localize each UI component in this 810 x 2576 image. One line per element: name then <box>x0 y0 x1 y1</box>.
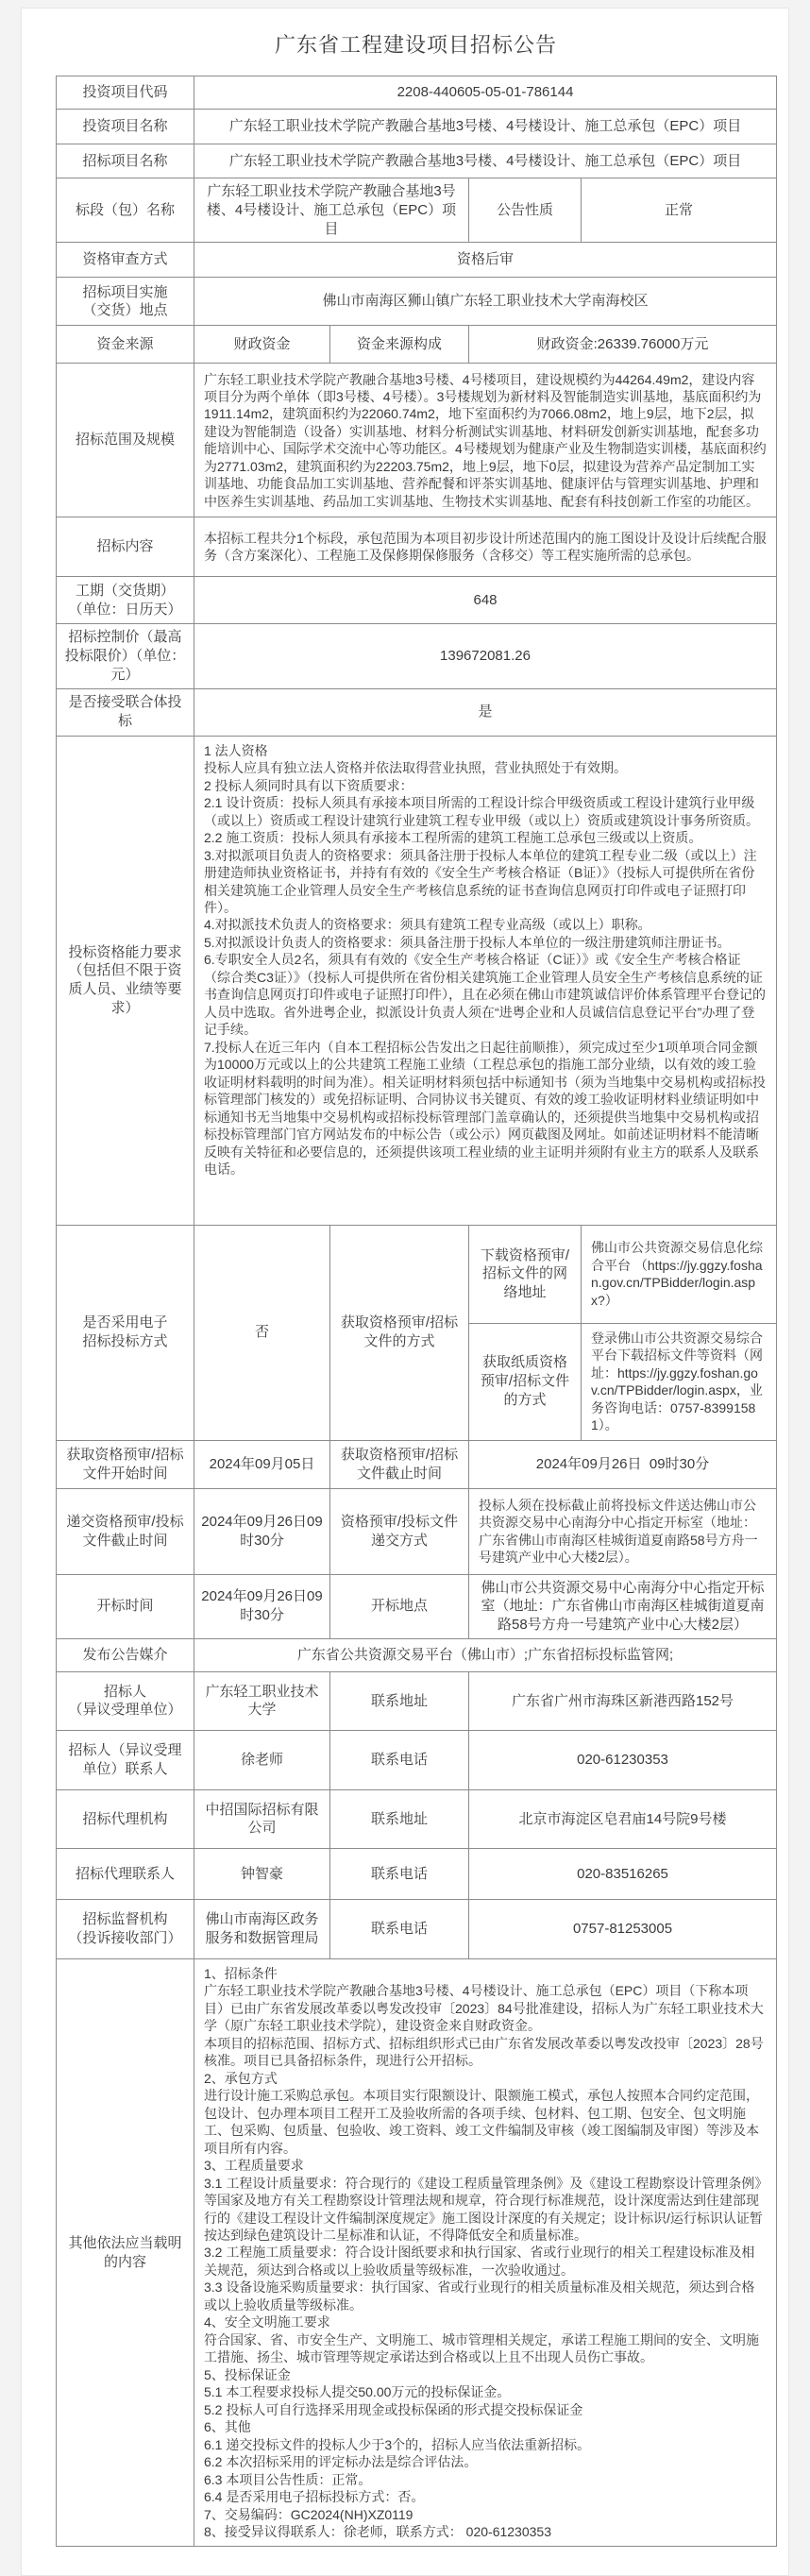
opening-time-value: 2024年09月26日09时30分 <box>194 1574 330 1638</box>
electronic-bid-value: 否 <box>194 1225 330 1440</box>
qualification-review-label: 资格审查方式 <box>57 243 194 278</box>
control-price-value: 139672081.26 <box>194 624 777 688</box>
qualification-requirements-value: 1 法人资格 投标人应具有独立法人资格并依法取得营业执照，营业执照处于有效期。 … <box>194 736 777 1225</box>
doc-start-time-value: 2024年09月05日 <box>194 1440 330 1488</box>
qualification-requirements-label: 投标资格能力要求（包括但不限于资质人员、业绩等要求） <box>57 736 194 1225</box>
other-content-label: 其他依法应当载明的内容 <box>57 1958 194 2546</box>
qualification-review-value: 资格后审 <box>194 243 777 278</box>
notice-nature-label: 公告性质 <box>469 178 582 243</box>
table-row: 招标项目名称 广东轻工职业技术学院产教融合基地3号楼、4号楼设计、施工总承包（E… <box>57 144 777 178</box>
content-label: 招标内容 <box>57 517 194 577</box>
supervisor-phone-label: 联系电话 <box>330 1899 469 1958</box>
table-row: 递交资格预审/投标文件截止时间 2024年09月26日09时30分 资格预审/投… <box>57 1488 777 1574</box>
tender-name-label: 招标项目名称 <box>57 144 194 178</box>
table-row: 招标范围及规模 广东轻工职业技术学院产教融合基地3号楼、4号楼项目，建设规模约为… <box>57 364 777 517</box>
agency-contact-value: 钟智豪 <box>194 1848 330 1899</box>
tenderer-contact-value: 徐老师 <box>194 1730 330 1789</box>
agency-label: 招标代理机构 <box>57 1789 194 1848</box>
table-row: 投资项目名称 广东轻工职业技术学院产教融合基地3号楼、4号楼设计、施工总承包（E… <box>57 110 777 144</box>
scope-value: 广东轻工职业技术学院产教融合基地3号楼、4号楼项目，建设规模约为44264.49… <box>194 364 777 517</box>
duration-label: 工期（交货期） （单位：日历天） <box>57 577 194 624</box>
consortium-label: 是否接受联合体投标 <box>57 688 194 736</box>
tenderer-contact-label: 招标人（异议受理单位）联系人 <box>57 1730 194 1789</box>
agency-value: 中招国际招标有限公司 <box>194 1789 330 1848</box>
table-row: 招标控制价（最高投标限价）（单位：元） 139672081.26 <box>57 624 777 688</box>
doc-deadline-label: 获取资格预审/招标文件截止时间 <box>330 1440 469 1488</box>
supervisor-label: 招标监督机构 （投诉接收部门） <box>57 1899 194 1958</box>
tenderer-phone-value: 020-61230353 <box>469 1730 777 1789</box>
table-row: 招标内容 本招标工程共分1个标段，承包范围为本项目初步设计所述范围内的施工图设计… <box>57 517 777 577</box>
agency-phone-label: 联系电话 <box>330 1848 469 1899</box>
location-value: 佛山市南海区狮山镇广东轻工职业技术大学南海校区 <box>194 278 777 326</box>
submit-method-label: 资格预审/投标文件递交方式 <box>330 1488 469 1574</box>
announcement-page: 广东省工程建设项目招标公告 投资项目代码 2208-440605-05-01-7… <box>21 8 789 2576</box>
tender-announcement-table: 投资项目代码 2208-440605-05-01-786144 投资项目名称 广… <box>56 76 777 2547</box>
opening-place-value: 佛山市公共资源交易中心南海分中心指定开标室（地址：广东省佛山市南海区桂城街道夏南… <box>469 1574 777 1638</box>
table-row: 招标代理联系人 钟智豪 联系电话 020-83516265 <box>57 1848 777 1899</box>
tenderer-address-label: 联系地址 <box>330 1671 469 1730</box>
table-row: 是否采用电子 招标投标方式 否 获取资格预审/招标文件的方式 下载资格预审/招标… <box>57 1225 777 1323</box>
opening-place-label: 开标地点 <box>330 1574 469 1638</box>
tenderer-value: 广东轻工职业技术大学 <box>194 1671 330 1730</box>
agency-phone-value: 020-83516265 <box>469 1848 777 1899</box>
doc-download-address-label: 下载资格预审/招标文件的网络地址 <box>469 1225 582 1323</box>
supervisor-value: 佛山市南海区政务服务和数据管理局 <box>194 1899 330 1958</box>
table-row: 获取资格预审/招标文件开始时间 2024年09月05日 获取资格预审/招标文件截… <box>57 1440 777 1488</box>
table-row: 标段（包）名称 广东轻工职业技术学院产教融合基地3号楼、4号楼设计、施工总承包（… <box>57 178 777 243</box>
table-row: 招标项目实施 （交货）地点 佛山市南海区狮山镇广东轻工职业技术大学南海校区 <box>57 278 777 326</box>
agency-address-value: 北京市海淀区皂君庙14号院9号楼 <box>469 1789 777 1848</box>
doc-download-address-value: 佛山市公共资源交易信息化综合平台 （https://jy.ggzy.foshan… <box>582 1225 777 1323</box>
table-row: 开标时间 2024年09月26日09时30分 开标地点 佛山市公共资源交易中心南… <box>57 1574 777 1638</box>
other-content-value: 1、招标条件 广东轻工职业技术学院产教融合基地3号楼、4号楼设计、施工总承包（E… <box>194 1958 777 2546</box>
table-row: 资金来源 财政资金 资金来源构成 财政资金:26339.76000万元 <box>57 326 777 364</box>
notice-nature-value: 正常 <box>582 178 777 243</box>
invest-name-label: 投资项目名称 <box>57 110 194 144</box>
tenderer-phone-label: 联系电话 <box>330 1730 469 1789</box>
media-value: 广东省公共资源交易平台（佛山市）;广东省招标投标监管网; <box>194 1638 777 1671</box>
table-row: 工期（交货期） （单位：日历天） 648 <box>57 577 777 624</box>
funding-label: 资金来源 <box>57 326 194 364</box>
funding-value: 财政资金 <box>194 326 330 364</box>
submit-method-value: 投标人须在投标截止前将投标文件送达佛山市公共资源交易中心南海分中心指定开标室（地… <box>469 1488 777 1574</box>
table-row: 招标人（异议受理单位）联系人 徐老师 联系电话 020-61230353 <box>57 1730 777 1789</box>
agency-address-label: 联系地址 <box>330 1789 469 1848</box>
table-row: 投资项目代码 2208-440605-05-01-786144 <box>57 76 777 110</box>
table-row: 其他依法应当载明的内容 1、招标条件 广东轻工职业技术学院产教融合基地3号楼、4… <box>57 1958 777 2546</box>
page-title: 广东省工程建设项目招标公告 <box>56 29 776 59</box>
submit-deadline-label: 递交资格预审/投标文件截止时间 <box>57 1488 194 1574</box>
media-label: 发布公告媒介 <box>57 1638 194 1671</box>
tender-name-value: 广东轻工职业技术学院产教融合基地3号楼、4号楼设计、施工总承包（EPC）项目 <box>194 144 777 178</box>
doc-start-time-label: 获取资格预审/招标文件开始时间 <box>57 1440 194 1488</box>
doc-obtain-method-label: 获取资格预审/招标文件的方式 <box>330 1225 469 1440</box>
invest-name-value: 广东轻工职业技术学院产教融合基地3号楼、4号楼设计、施工总承包（EPC）项目 <box>194 110 777 144</box>
doc-deadline-value: 2024年09月26日 09时30分 <box>469 1440 777 1488</box>
table-row: 招标人 （异议受理单位） 广东轻工职业技术大学 联系地址 广东省广州市海珠区新港… <box>57 1671 777 1730</box>
project-code-label: 投资项目代码 <box>57 76 194 110</box>
content-value: 本招标工程共分1个标段，承包范围为本项目初步设计所述范围内的施工图设计及设计后续… <box>194 517 777 577</box>
table-row: 投标资格能力要求（包括但不限于资质人员、业绩等要求） 1 法人资格 投标人应具有… <box>57 736 777 1225</box>
location-label: 招标项目实施 （交货）地点 <box>57 278 194 326</box>
opening-time-label: 开标时间 <box>57 1574 194 1638</box>
control-price-label: 招标控制价（最高投标限价）（单位：元） <box>57 624 194 688</box>
funding-composition-value: 财政资金:26339.76000万元 <box>469 326 777 364</box>
scope-label: 招标范围及规模 <box>57 364 194 517</box>
paper-doc-method-label: 获取纸质资格预审/招标文件的方式 <box>469 1323 582 1440</box>
funding-composition-label: 资金来源构成 <box>330 326 469 364</box>
section-name-value: 广东轻工职业技术学院产教融合基地3号楼、4号楼设计、施工总承包（EPC）项目 <box>194 178 469 243</box>
project-code-value: 2208-440605-05-01-786144 <box>194 76 777 110</box>
consortium-value: 是 <box>194 688 777 736</box>
table-row: 发布公告媒介 广东省公共资源交易平台（佛山市）;广东省招标投标监管网; <box>57 1638 777 1671</box>
table-row: 招标代理机构 中招国际招标有限公司 联系地址 北京市海淀区皂君庙14号院9号楼 <box>57 1789 777 1848</box>
submit-deadline-value: 2024年09月26日09时30分 <box>194 1488 330 1574</box>
supervisor-phone-value: 0757-81253005 <box>469 1899 777 1958</box>
table-row: 资格审查方式 资格后审 <box>57 243 777 278</box>
table-row: 招标监督机构 （投诉接收部门） 佛山市南海区政务服务和数据管理局 联系电话 07… <box>57 1899 777 1958</box>
tenderer-label: 招标人 （异议受理单位） <box>57 1671 194 1730</box>
paper-doc-method-value: 登录佛山市公共资源交易综合平台下载招标文件等资料（网址：https://jy.g… <box>582 1323 777 1440</box>
agency-contact-label: 招标代理联系人 <box>57 1848 194 1899</box>
tenderer-address-value: 广东省广州市海珠区新港西路152号 <box>469 1671 777 1730</box>
section-name-label: 标段（包）名称 <box>57 178 194 243</box>
table-row: 是否接受联合体投标 是 <box>57 688 777 736</box>
duration-value: 648 <box>194 577 777 624</box>
electronic-bid-label: 是否采用电子 招标投标方式 <box>57 1225 194 1440</box>
